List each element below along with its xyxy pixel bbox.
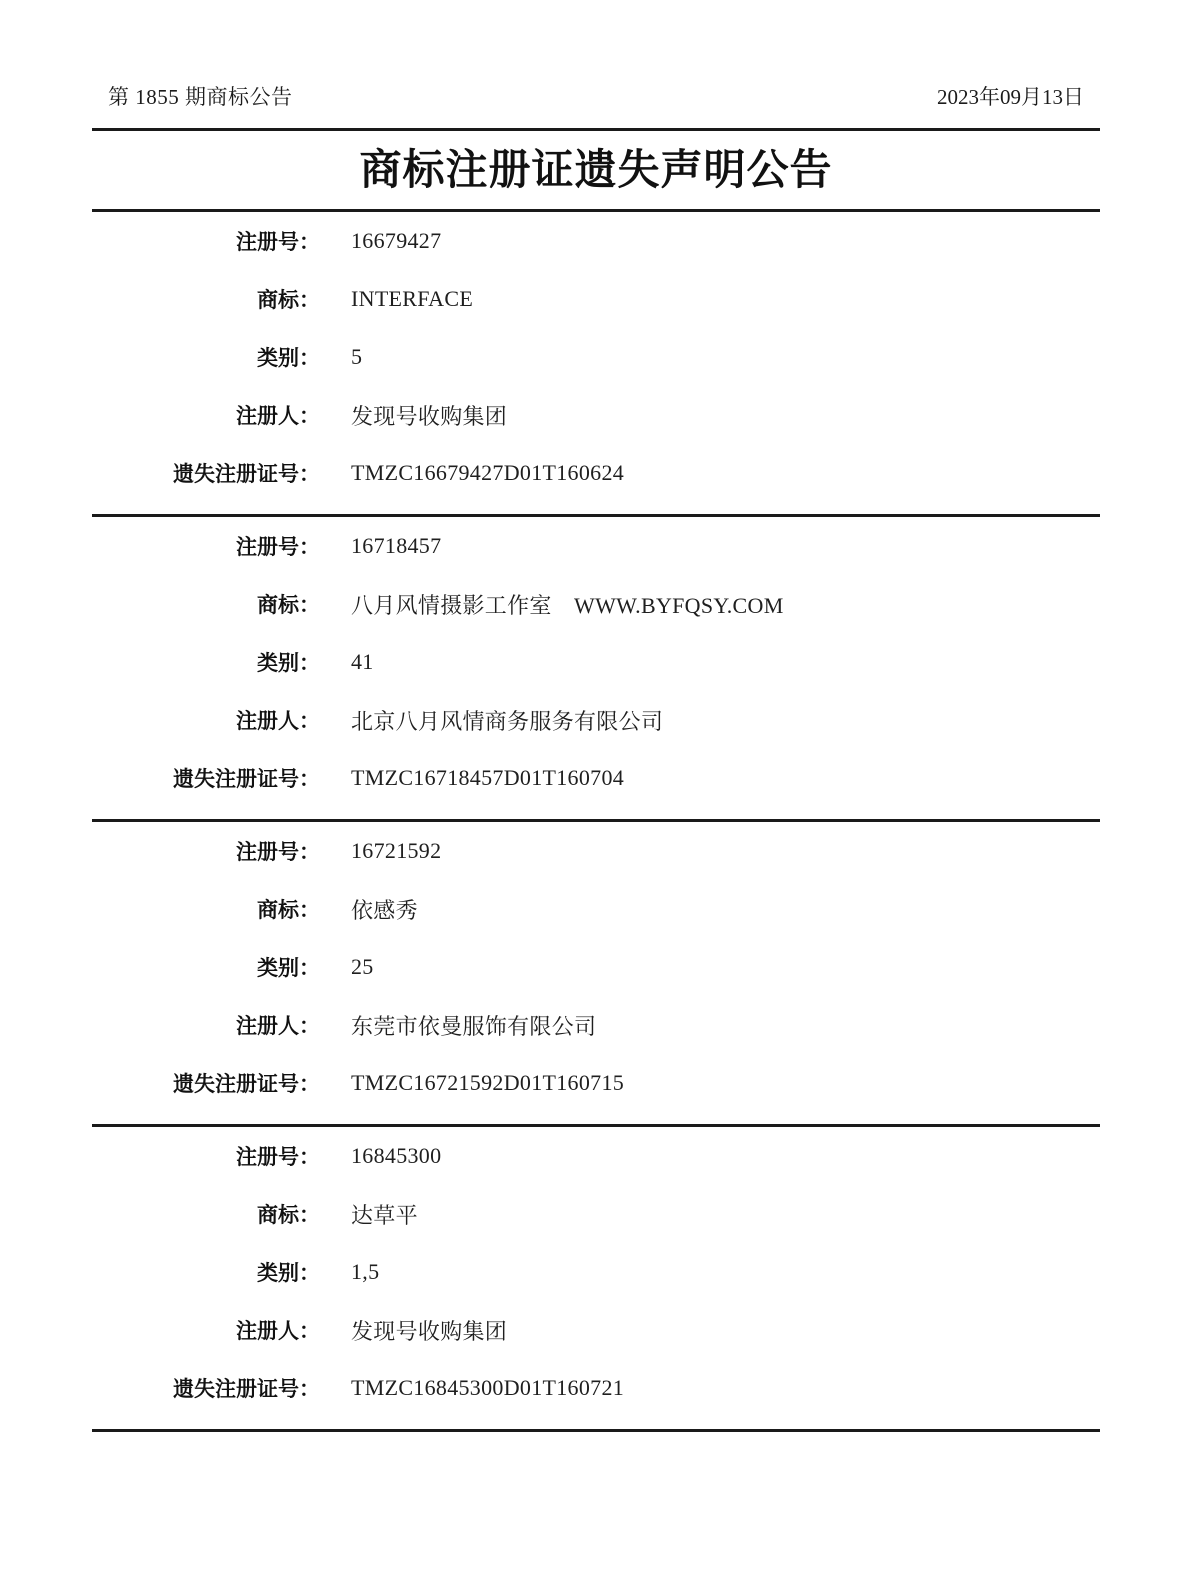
gazette-date: 2023年09月13日 bbox=[937, 84, 1084, 110]
registrant-value: 北京八月风情商务服务有限公司 bbox=[351, 705, 663, 736]
trademark-label: 商标： bbox=[92, 589, 320, 619]
field-row-lost-cert-no: 遗失注册证号： TMZC16721592D01T160715 bbox=[92, 1054, 1100, 1112]
trademark-value: 依感秀 bbox=[351, 894, 418, 925]
lost-cert-no-label: 遗失注册证号： bbox=[92, 1068, 320, 1098]
trademark-label: 商标： bbox=[92, 1199, 320, 1229]
field-row-reg-no: 注册号： 16845300 bbox=[92, 1127, 1100, 1185]
trademark-label: 商标： bbox=[92, 894, 320, 924]
field-row-category: 类别： 1,5 bbox=[92, 1243, 1100, 1301]
registrant-label: 注册人： bbox=[92, 1010, 320, 1040]
reg-no-label: 注册号： bbox=[92, 836, 320, 866]
reg-no-value: 16721592 bbox=[351, 838, 441, 864]
lost-cert-no-label: 遗失注册证号： bbox=[92, 458, 320, 488]
page-header: 第 1855 期商标公告 2023年09月13日 bbox=[92, 84, 1100, 131]
lost-cert-no-label: 遗失注册证号： bbox=[92, 763, 320, 793]
field-row-trademark: 商标： 达草平 bbox=[92, 1185, 1100, 1243]
field-row-category: 类别： 25 bbox=[92, 938, 1100, 996]
field-row-registrant: 注册人： 发现号收购集团 bbox=[92, 386, 1100, 444]
category-label: 类别： bbox=[92, 1257, 320, 1287]
category-label: 类别： bbox=[92, 647, 320, 677]
trademark-value: 达草平 bbox=[351, 1199, 418, 1230]
registrant-value: 东莞市依曼服饰有限公司 bbox=[351, 1010, 596, 1041]
field-row-category: 类别： 41 bbox=[92, 633, 1100, 691]
lost-cert-no-value: TMZC16679427D01T160624 bbox=[351, 460, 624, 486]
reg-no-value: 16679427 bbox=[351, 228, 441, 254]
reg-no-value: 16845300 bbox=[351, 1143, 441, 1169]
field-row-category: 类别： 5 bbox=[92, 328, 1100, 386]
field-row-registrant: 注册人： 发现号收购集团 bbox=[92, 1301, 1100, 1359]
registrant-value: 发现号收购集团 bbox=[351, 400, 507, 431]
reg-no-label: 注册号： bbox=[92, 1141, 320, 1171]
lost-cert-no-value: TMZC16721592D01T160715 bbox=[351, 1070, 624, 1096]
field-row-lost-cert-no: 遗失注册证号： TMZC16845300D01T160721 bbox=[92, 1359, 1100, 1417]
field-row-registrant: 注册人： 东莞市依曼服饰有限公司 bbox=[92, 996, 1100, 1054]
registrant-value: 发现号收购集团 bbox=[351, 1315, 507, 1346]
lost-cert-no-value: TMZC16718457D01T160704 bbox=[351, 765, 624, 791]
field-row-trademark: 商标： 依感秀 bbox=[92, 880, 1100, 938]
trademark-record: 注册号： 16845300 商标： 达草平 类别： 1,5 注册人： 发现号收购… bbox=[92, 1127, 1100, 1432]
field-row-trademark: 商标： INTERFACE bbox=[92, 270, 1100, 328]
reg-no-label: 注册号： bbox=[92, 226, 320, 256]
gazette-issue-label: 第 1855 期商标公告 bbox=[108, 84, 293, 110]
field-row-trademark: 商标： 八月风情摄影工作室 WWW.BYFQSY.COM bbox=[92, 575, 1100, 633]
trademark-value: 八月风情摄影工作室 WWW.BYFQSY.COM bbox=[351, 589, 784, 620]
category-value: 5 bbox=[351, 344, 362, 370]
reg-no-value: 16718457 bbox=[351, 533, 441, 559]
trademark-record: 注册号： 16679427 商标： INTERFACE 类别： 5 注册人： 发… bbox=[92, 212, 1100, 517]
field-row-registrant: 注册人： 北京八月风情商务服务有限公司 bbox=[92, 691, 1100, 749]
category-label: 类别： bbox=[92, 952, 320, 982]
trademark-record: 注册号： 16721592 商标： 依感秀 类别： 25 注册人： 东莞市依曼服… bbox=[92, 822, 1100, 1127]
category-value: 1,5 bbox=[351, 1259, 379, 1285]
page-title: 商标注册证遗失声明公告 bbox=[92, 143, 1100, 199]
category-label: 类别： bbox=[92, 342, 320, 372]
field-row-reg-no: 注册号： 16679427 bbox=[92, 212, 1100, 270]
registrant-label: 注册人： bbox=[92, 1315, 320, 1345]
lost-cert-no-value: TMZC16845300D01T160721 bbox=[351, 1375, 624, 1401]
gazette-page: 第 1855 期商标公告 2023年09月13日 商标注册证遗失声明公告 注册号… bbox=[0, 0, 1190, 1584]
field-row-lost-cert-no: 遗失注册证号： TMZC16718457D01T160704 bbox=[92, 749, 1100, 807]
registrant-label: 注册人： bbox=[92, 400, 320, 430]
field-row-reg-no: 注册号： 16718457 bbox=[92, 517, 1100, 575]
registrant-label: 注册人： bbox=[92, 705, 320, 735]
trademark-label: 商标： bbox=[92, 284, 320, 314]
category-value: 25 bbox=[351, 954, 374, 980]
reg-no-label: 注册号： bbox=[92, 531, 320, 561]
trademark-value: INTERFACE bbox=[351, 286, 473, 312]
field-row-reg-no: 注册号： 16721592 bbox=[92, 822, 1100, 880]
trademark-record: 注册号： 16718457 商标： 八月风情摄影工作室 WWW.BYFQSY.C… bbox=[92, 517, 1100, 822]
title-block: 商标注册证遗失声明公告 bbox=[92, 131, 1100, 212]
lost-cert-no-label: 遗失注册证号： bbox=[92, 1373, 320, 1403]
field-row-lost-cert-no: 遗失注册证号： TMZC16679427D01T160624 bbox=[92, 444, 1100, 502]
category-value: 41 bbox=[351, 649, 374, 675]
